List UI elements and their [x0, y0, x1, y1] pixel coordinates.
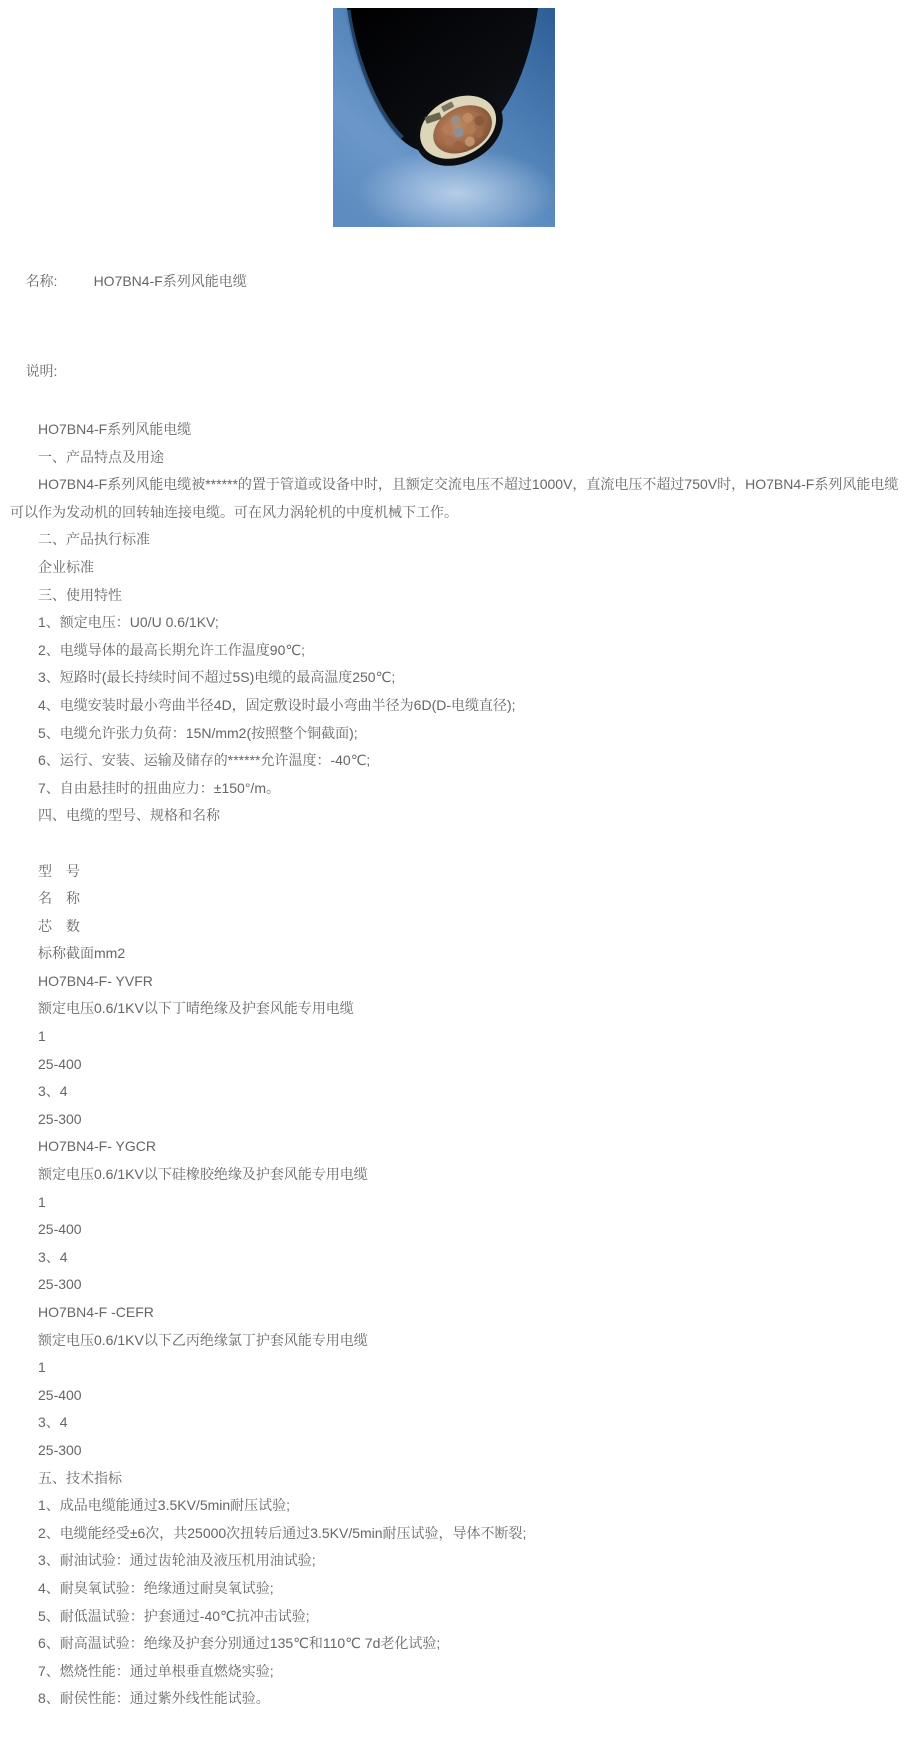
- content-line: 额定电压0.6/1KV以下丁晴绝缘及护套风能专用电缆: [0, 995, 911, 1023]
- content-line: 1: [0, 1189, 911, 1217]
- product-description-label: 说明:: [26, 363, 58, 379]
- content-line: 25-300: [0, 1106, 911, 1134]
- content-line: 1、额定电压：U0/U 0.6/1KV;: [0, 609, 911, 637]
- cable-product-photo: [333, 8, 555, 227]
- content-line: 25-400: [0, 1051, 911, 1079]
- content-line: 7、自由悬挂时的扭曲应力：±150°/m。: [0, 775, 911, 803]
- content-line: 1: [0, 1354, 911, 1382]
- content-line: 三、使用特性: [0, 582, 911, 610]
- product-name-label: 名称:: [26, 266, 94, 296]
- content-line: 5、电缆允许张力负荷：15N/mm2(按照整个铜截面);: [0, 720, 911, 748]
- content-line: 25-400: [0, 1216, 911, 1244]
- content-line: 2、电缆能经受±6次，共25000次扭转后通过3.5KV/5min耐压试验，导体…: [0, 1520, 911, 1548]
- content-line: 3、4: [0, 1244, 911, 1272]
- content-line: 3、耐油试验：通过齿轮油及液压机用油试验;: [0, 1547, 911, 1575]
- content-line: 名 称: [0, 885, 911, 913]
- content-line: 7、燃烧性能：通过单根垂直燃烧实验;: [0, 1658, 911, 1686]
- content-line: 五、技术指标: [0, 1465, 911, 1493]
- content-line: 2、电缆导体的最高长期允许工作温度90℃;: [0, 637, 911, 665]
- content-line: 企业标准: [0, 554, 911, 582]
- content-line: [0, 830, 911, 858]
- content-line: 6、耐高温试验：绝缘及护套分别通过135℃和110℃ 7d老化试验;: [0, 1630, 911, 1658]
- content-line: 4、耐臭氧试验：绝缘通过耐臭氧试验;: [0, 1575, 911, 1603]
- content-line: 1、成品电缆能通过3.5KV/5min耐压试验;: [0, 1492, 911, 1520]
- content-line: 四、电缆的型号、规格和名称: [0, 802, 911, 830]
- content-line: 5、耐低温试验：护套通过-40℃抗冲击试验;: [0, 1603, 911, 1631]
- content-line: 一、产品特点及用途: [0, 444, 911, 472]
- content-line: 二、产品执行标准: [0, 526, 911, 554]
- content-line: 1: [0, 1023, 911, 1051]
- content-line: HO7BN4-F系列风能电缆: [0, 416, 911, 444]
- content-line: 额定电压0.6/1KV以下硅橡胶绝缘及护套风能专用电缆: [0, 1161, 911, 1189]
- content-line: 6、运行、安装、运输及储存的******允许温度：-40℃;: [0, 747, 911, 775]
- content-line: 25-300: [0, 1437, 911, 1465]
- content-line: 型 号: [0, 858, 911, 886]
- content-line: HO7BN4-F- YVFR: [0, 968, 911, 996]
- content-line: 额定电压0.6/1KV以下乙丙绝缘氯丁护套风能专用电缆: [0, 1327, 911, 1355]
- content-line: HO7BN4-F系列风能电缆被******的置于管道或设备中时，且额定交流电压不…: [0, 471, 911, 526]
- content-line: 3、4: [0, 1078, 911, 1106]
- product-name-value: HO7BN4-F系列风能电缆: [94, 273, 247, 289]
- content-line: 25-300: [0, 1271, 911, 1299]
- product-photo-container: [0, 0, 911, 227]
- content-line: 3、4: [0, 1409, 911, 1437]
- content-line: HO7BN4-F -CEFR: [0, 1299, 911, 1327]
- product-name-row: 名称:HO7BN4-F系列风能电缆: [0, 236, 911, 326]
- content-line: HO7BN4-F- YGCR: [0, 1133, 911, 1161]
- content-line: 4、电缆安装时最小弯曲半径4D，固定敷设时最小弯曲半径为6D(D-电缆直径);: [0, 692, 911, 720]
- product-description-label-row: 说明:: [0, 326, 911, 416]
- content-line: 8、耐侯性能：通过紫外线性能试验。: [0, 1685, 911, 1713]
- content-line: 标称截面mm2: [0, 940, 911, 968]
- product-page: 名称:HO7BN4-F系列风能电缆 说明: HO7BN4-F系列风能电缆一、产品…: [0, 0, 911, 1743]
- content-line: 3、短路时(最长持续时间不超过5S)电缆的最高温度250℃;: [0, 664, 911, 692]
- content-line: 芯 数: [0, 913, 911, 941]
- product-description-body: HO7BN4-F系列风能电缆一、产品特点及用途HO7BN4-F系列风能电缆被**…: [0, 416, 911, 1743]
- content-line: 25-400: [0, 1382, 911, 1410]
